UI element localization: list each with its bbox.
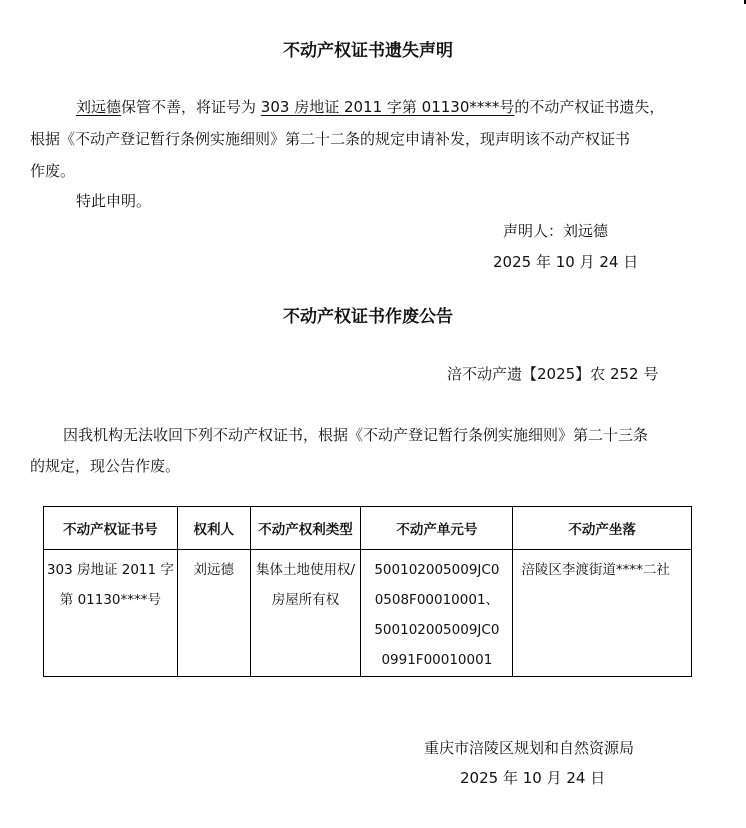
cell-cert-no: 303 房地证 2011 字 第 01130****号 (44, 550, 178, 677)
declaration-line-1: 刘远德保管不善，将证号为 303 房地证 2011 字第 01130****号的… (76, 96, 664, 117)
cert-no-line: 303 房地证 2011 字 (45, 555, 176, 585)
unit-no-line: 0508F00010001、 (362, 585, 511, 615)
announcement-body-line-1: 因我机构无法收回下列不动产权证书，根据《不动产登记暂行条例实施细则》第二十三条 (63, 424, 648, 445)
header-cert-no: 不动产权证书号 (44, 507, 178, 550)
declaration-closing: 特此申明。 (76, 190, 151, 211)
unit-no-line: 500102005009JC0 (362, 555, 511, 585)
header-location: 不动产坐落 (513, 507, 692, 550)
table-row: 303 房地证 2011 字 第 01130****号 刘远德 集体土地使用权/… (44, 550, 692, 677)
right-type-line: 集体土地使用权/ (252, 555, 360, 585)
declaration-title: 不动产权证书遗失声明 (0, 36, 736, 61)
declaration-text: 保管不善，将证号为 (121, 98, 261, 116)
cert-no-line: 第 01130****号 (45, 585, 176, 615)
right-type-line: 房屋所有权 (252, 585, 360, 615)
declaration-date: 2025 年 10 月 24 日 (493, 251, 638, 272)
header-unit-no: 不动产单元号 (361, 507, 513, 550)
table-header-row: 不动产权证书号 权利人 不动产权利类型 不动产单元号 不动产坐落 (44, 507, 692, 550)
announcement-date: 2025 年 10 月 24 日 (460, 767, 605, 788)
cell-location: 涪陵区李渡街道****二社 (513, 550, 692, 677)
declarant-name: 刘远德 (76, 98, 121, 116)
certificate-table: 不动产权证书号 权利人 不动产权利类型 不动产单元号 不动产坐落 303 房地证… (43, 506, 692, 677)
cell-owner: 刘远德 (177, 550, 250, 677)
cell-right-type: 集体土地使用权/ 房屋所有权 (250, 550, 361, 677)
unit-no-line: 0991F00010001 (362, 645, 511, 675)
unit-no-line: 500102005009JC0 (362, 615, 511, 645)
announcement-body-line-2: 的规定，现公告作废。 (30, 455, 180, 476)
certificate-number: 303 房地证 2011 字第 01130****号 (261, 98, 515, 116)
header-right-type: 不动产权利类型 (250, 507, 361, 550)
announcement-title: 不动产权证书作废公告 (0, 302, 736, 327)
declarant-signature: 声明人：刘远德 (503, 220, 608, 241)
issuer: 重庆市涪陵区规划和自然资源局 (424, 737, 634, 758)
header-owner: 权利人 (177, 507, 250, 550)
declaration-line-3: 作废。 (30, 160, 75, 181)
declaration-text: 的不动产权证书遗失， (514, 98, 664, 116)
document-number: 涪不动产遗【2025】农 252 号 (447, 363, 658, 384)
cell-unit-no: 500102005009JC0 0508F00010001、 500102005… (361, 550, 513, 677)
declaration-line-2: 根据《不动产登记暂行条例实施细则》第二十二条的规定申请补发，现声明该不动产权证书 (30, 128, 630, 149)
